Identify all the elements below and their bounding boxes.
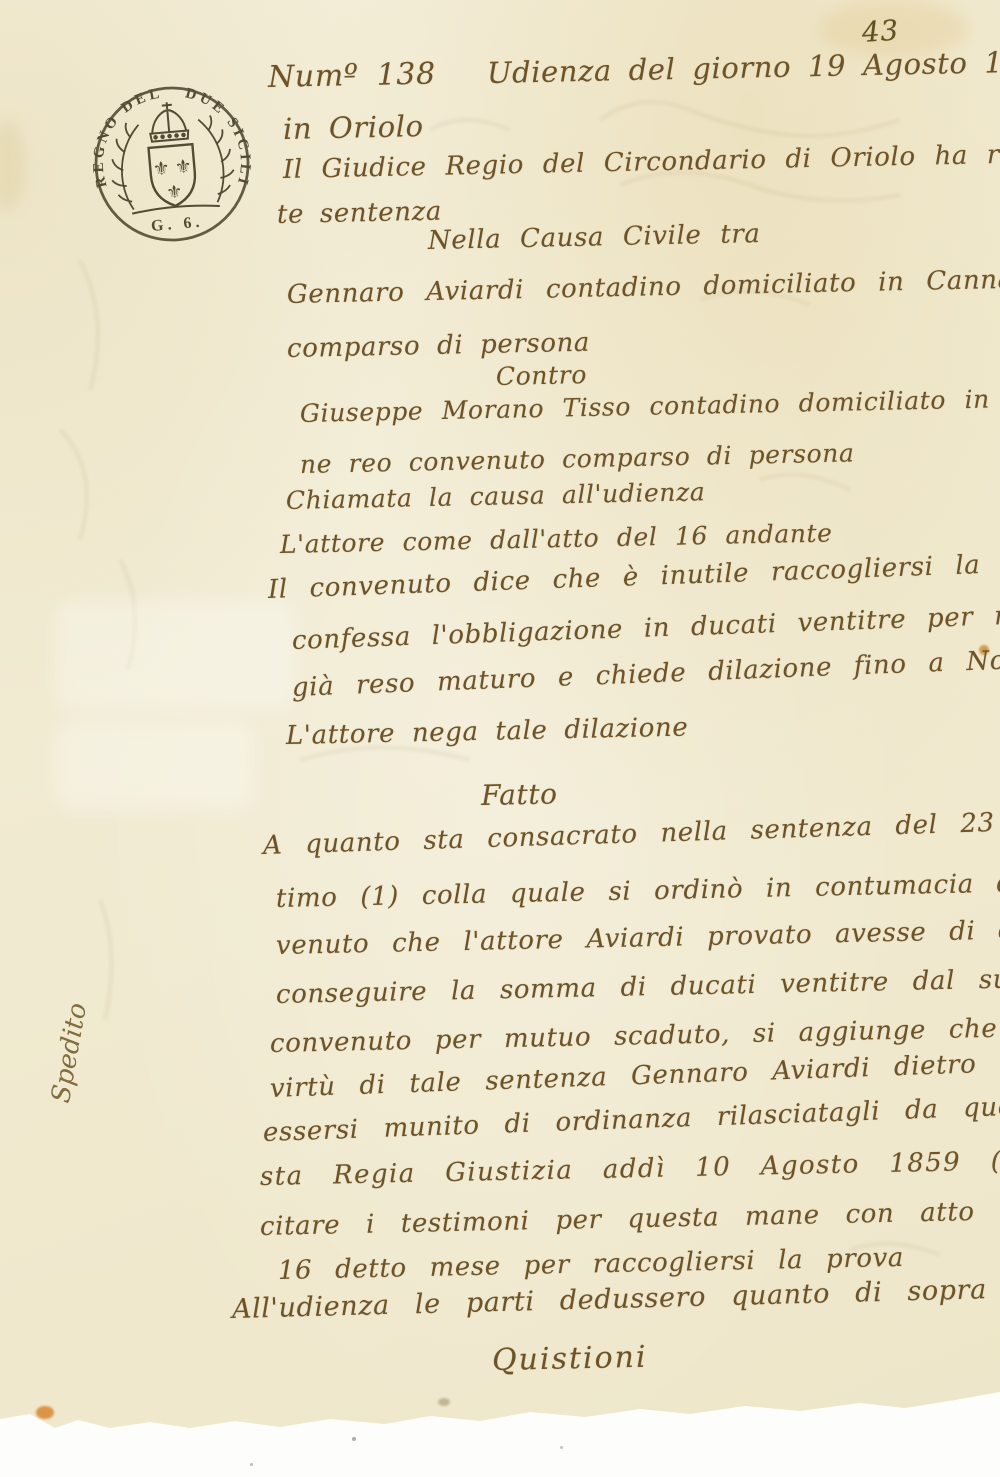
stain (0, 120, 25, 210)
heading-contro: Contro (496, 360, 588, 391)
stain (36, 1406, 54, 1419)
manuscript-line: L'attore come dall'atto del 16 andante (280, 518, 833, 559)
defendant-line: Giuseppe Morano Tisso contadino domicili… (300, 381, 1000, 428)
shield-icon: ⚜ ⚜ ⚜ (149, 144, 198, 208)
stamp-denomination: G. 6. (150, 214, 204, 236)
manuscript-line: ne reo convenuto comparso di persona (300, 438, 855, 479)
manuscript-line: L'attore nega tale dilazione (286, 713, 689, 751)
case-number: Numº 138 (268, 56, 436, 95)
manuscript-line: te sentenza (277, 197, 443, 230)
stain (438, 1398, 450, 1406)
manuscript-line: venuto che l'attore Aviardi provato aves… (276, 914, 1000, 961)
manuscript-line: timo (1) colla quale si ordinò in contum… (276, 867, 1000, 914)
manuscript-line: sta Regia Giustizia addì 10 Agosto 1859 … (260, 1144, 1000, 1192)
fleur-de-lis-icon: ⚜ (152, 157, 171, 180)
hearing-date-line: Udienza del giorno 19 Agosto 1859. (487, 44, 1000, 90)
heading-causa-civile: Nella Causa Civile tra (428, 219, 761, 256)
manuscript-line: citare i testimoni per questa mane con a… (260, 1195, 1000, 1242)
manuscript-line: in Oriolo (283, 109, 424, 146)
fleur-de-lis-icon: ⚜ (174, 155, 193, 178)
faded-patch (55, 720, 255, 810)
manuscript-line: Chiamata la causa all'udienza (286, 477, 706, 515)
faded-patch (55, 600, 295, 710)
plaintiff-line: Gennaro Aviardi contadino domiciliato in… (287, 263, 1000, 310)
folio-number: 43 (861, 13, 900, 48)
speck (250, 1463, 253, 1466)
manuscript-line: A quanto sta consacrato nella sentenza d… (263, 803, 1000, 861)
heading-fatto: Fatto (481, 777, 558, 812)
margin-note: Spedito (46, 1001, 93, 1106)
revenue-stamp: REGNO DELLE DUE SICILIE. G. 6. ⚜ ⚜ (81, 75, 263, 253)
manuscript-line: confessa l'obbligazione in ducati ventit… (291, 598, 1000, 656)
manuscript-line: comparso di persona (287, 328, 591, 364)
fleur-de-lis-icon: ⚜ (166, 181, 184, 203)
heading-quistioni: Quistioni (492, 1340, 648, 1378)
speck (352, 1437, 356, 1441)
manuscript-line: conseguire la somma di ducati ventitre d… (276, 963, 1000, 1010)
speck (560, 1446, 563, 1449)
crown-icon (148, 101, 189, 142)
manuscript-page: REGNO DELLE DUE SICILIE. G. 6. ⚜ ⚜ (0, 0, 1000, 1477)
